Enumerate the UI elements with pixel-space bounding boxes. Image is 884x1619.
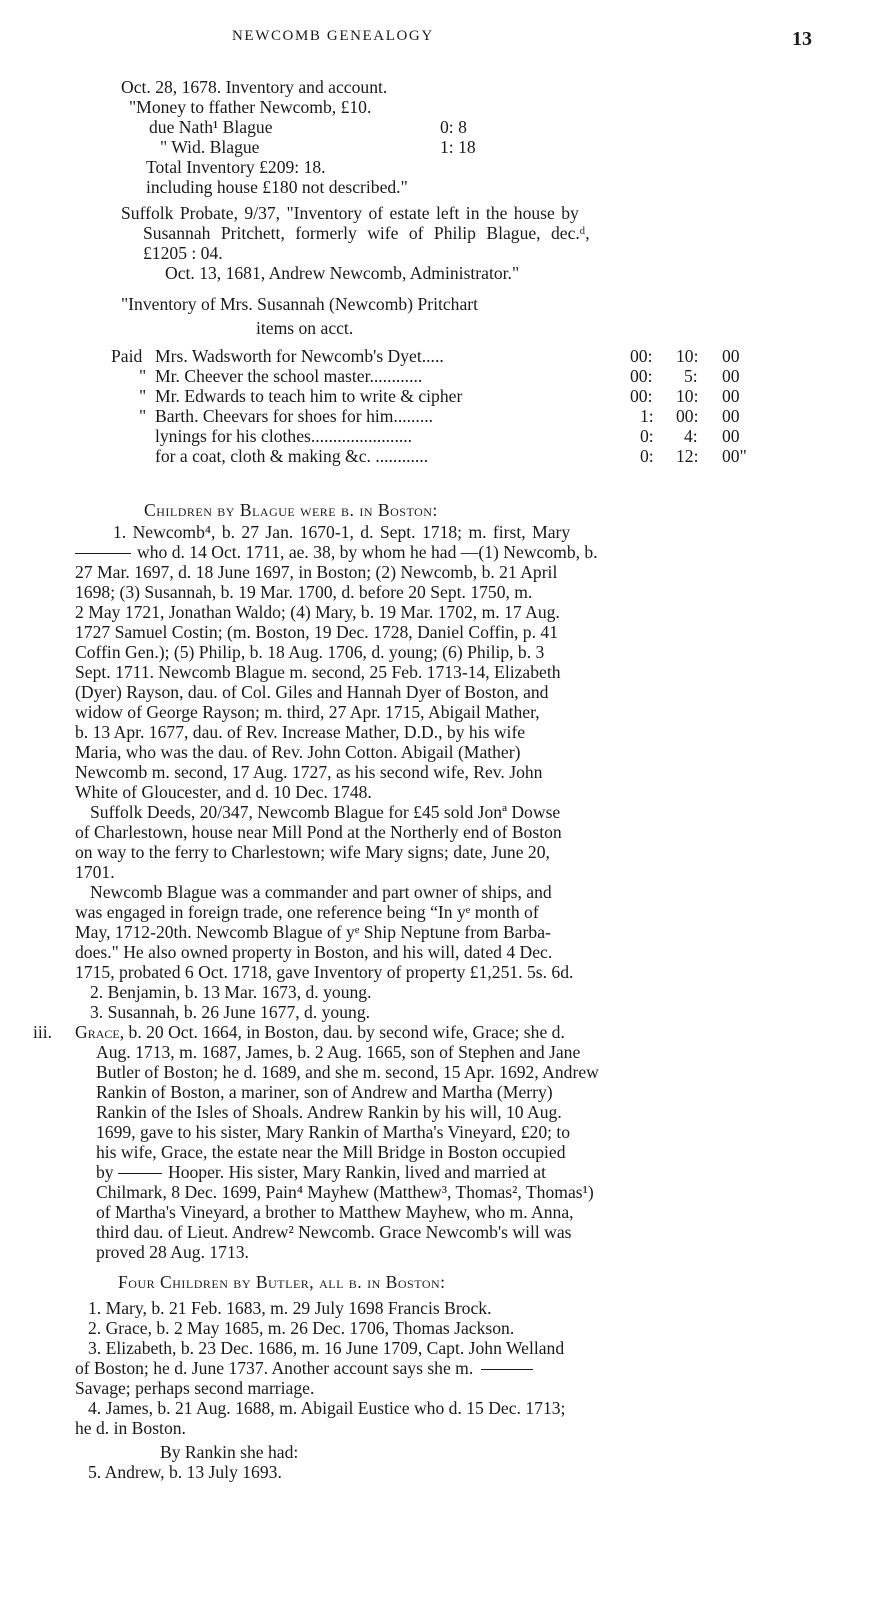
- deeds-line: Suffolk Deeds, 20/347, Newcomb Blague fo…: [90, 802, 560, 822]
- child-entry-text: who d. 14 Oct. 1711, ae. 38, by whom he …: [137, 542, 598, 562]
- inventory-1678-line: "Money to ffather Newcomb, £10.: [129, 97, 371, 117]
- grace-numeral: iii.: [33, 1022, 52, 1042]
- grace-line: Butler of Boston; he d. 1689, and she m.…: [96, 1062, 599, 1082]
- grace-name: Grace: [75, 1022, 120, 1042]
- child-entry-line: Sept. 1711. Newcomb Blague m. second, 25…: [75, 662, 561, 682]
- child-entry-line: 1727 Samuel Costin; (m. Boston, 19 Dec. …: [75, 622, 558, 642]
- child-entry-line: who d. 14 Oct. 1711, ae. 38, by whom he …: [75, 542, 598, 562]
- child-entry-line: 2. Benjamin, b. 13 Mar. 1673, d. young.: [90, 982, 371, 1002]
- inventory-row-shillings: 10:: [676, 346, 698, 366]
- inventory-row-prefix: ": [139, 366, 146, 386]
- inventory-row-pounds: 00:: [630, 366, 652, 386]
- deeds-line: of Charlestown, house near Mill Pond at …: [75, 822, 562, 842]
- child-entry-line: widow of George Rayson; m. third, 27 Apr…: [75, 702, 540, 722]
- inventory-row-item: for a coat, cloth & making &c. .........…: [155, 446, 428, 466]
- inventory-row-shillings: 00:: [676, 406, 698, 426]
- inventory-row-shillings: 10:: [676, 386, 698, 406]
- running-title: NEWCOMB GENEALOGY: [232, 28, 434, 45]
- child-entry-line: Savage; perhaps second marriage.: [75, 1378, 314, 1398]
- child-entry-line: he d. in Boston.: [75, 1418, 186, 1438]
- inventory-row-item: Barth. Cheevars for shoes for him.......…: [155, 406, 433, 426]
- inventory-row-item: Mr. Cheever the school master...........…: [155, 366, 422, 386]
- inventory-1678-line: including house £180 not described.": [146, 177, 408, 197]
- blank-name-dash: [118, 1173, 162, 1174]
- inventory-row-pounds: 0:: [640, 446, 654, 466]
- inventory-row-prefix: Paid: [111, 346, 142, 366]
- inventory-row-pounds: 00:: [630, 346, 652, 366]
- inventory-row-pence: 00: [722, 386, 740, 406]
- section-heading: Four Children by Butler, all b. in Bosto…: [118, 1272, 446, 1292]
- section-heading: Children by Blague were b. in Boston:: [144, 500, 438, 520]
- child-entry-line: Coffin Gen.); (5) Philip, b. 18 Aug. 170…: [75, 642, 544, 662]
- child-entry-line: 5. Andrew, b. 13 July 1693.: [88, 1462, 282, 1482]
- page-header: NEWCOMB GENEALOGY 13: [0, 28, 884, 52]
- inventory-row-pence: 00": [722, 446, 747, 466]
- grace-line: 1699, gave to his sister, Mary Rankin of…: [96, 1122, 570, 1142]
- grace-line: Aug. 1713, m. 1687, James, b. 2 Aug. 166…: [96, 1042, 580, 1062]
- grace-line: Grace, b. 20 Oct. 1664, in Boston, dau. …: [75, 1022, 565, 1042]
- inventory-1678-line: Oct. 28, 1678. Inventory and account.: [121, 77, 387, 97]
- child-entry-line: 1698; (3) Susannah, b. 19 Mar. 1700, d. …: [75, 582, 532, 602]
- inventory-row-prefix: ": [139, 386, 146, 406]
- probate-line: £1205 : 04.: [143, 243, 223, 263]
- grace-line: Rankin of the Isles of Shoals. Andrew Ra…: [96, 1102, 562, 1122]
- grace-line: Chilmark, 8 Dec. 1699, Pain⁴ Mayhew (Mat…: [96, 1182, 594, 1202]
- inventory-row-item: Mrs. Wadsworth for Newcomb's Dyet.....: [155, 346, 444, 366]
- inventory-row-shillings: 5:: [684, 366, 698, 386]
- rankin-heading: By Rankin she had:: [160, 1442, 298, 1462]
- child-entry-line: White of Gloucester, and d. 10 Dec. 1748…: [75, 782, 372, 802]
- grace-line: his wife, Grace, the estate near the Mil…: [96, 1142, 566, 1162]
- child-entry-line: 3. Elizabeth, b. 23 Dec. 1686, m. 16 Jun…: [88, 1338, 564, 1358]
- page-number: 13: [792, 28, 812, 51]
- grace-text: , b. 20 Oct. 1664, in Boston, dau. by se…: [120, 1022, 565, 1042]
- inventory-row-pence: 00: [722, 406, 740, 426]
- inventory-1678-row-label: due Nath¹ Blague: [149, 117, 273, 137]
- narrative-line: 1715, probated 6 Oct. 1718, gave Invento…: [75, 962, 573, 982]
- inventory-row-pence: 00: [722, 366, 740, 386]
- child-entry-line: Maria, who was the dau. of Rev. John Cot…: [75, 742, 520, 762]
- child-entry-line: 27 Mar. 1697, d. 18 June 1697, in Boston…: [75, 562, 557, 582]
- inventory-title: "Inventory of Mrs. Susannah (Newcomb) Pr…: [121, 294, 478, 314]
- inventory-row-pounds: 0:: [640, 426, 654, 446]
- child-entry-line: 1. Mary, b. 21 Feb. 1683, m. 29 July 169…: [88, 1298, 492, 1318]
- child-entry-line: 1. Newcomb⁴, b. 27 Jan. 1670-1, d. Sept.…: [113, 522, 570, 542]
- child-entry-line: 4. James, b. 21 Aug. 1688, m. Abigail Eu…: [88, 1398, 565, 1418]
- deeds-line: on way to the ferry to Charlestown; wife…: [75, 842, 550, 862]
- child-entry-line: (Dyer) Rayson, dau. of Col. Giles and Ha…: [75, 682, 548, 702]
- child-entry-line: 2 May 1721, Jonathan Waldo; (4) Mary, b.…: [75, 602, 560, 622]
- probate-line: Oct. 13, 1681, Andrew Newcomb, Administr…: [165, 263, 519, 283]
- inventory-row-item: Mr. Edwards to teach him to write & ciph…: [155, 386, 462, 406]
- narrative-line: does." He also owned property in Boston,…: [75, 942, 552, 962]
- blank-name-dash: [75, 553, 131, 554]
- grace-text: Hooper. His sister, Mary Rankin, lived a…: [168, 1162, 546, 1182]
- inventory-row-item: lynings for his clothes.................…: [155, 426, 412, 446]
- inventory-row-prefix: ": [139, 406, 146, 426]
- narrative-line: May, 1712-20th. Newcomb Blague of yᵉ Shi…: [75, 922, 551, 942]
- inventory-1678-row-amount: 0: 8: [440, 117, 467, 137]
- grace-by: by: [96, 1162, 114, 1182]
- probate-line: Susannah Pritchett, formerly wife of Phi…: [143, 223, 590, 243]
- inventory-1678-row-label: " Wid. Blague: [160, 137, 259, 157]
- child-entry-text: of Boston; he d. June 1737. Another acco…: [75, 1358, 473, 1378]
- inventory-row-shillings: 4:: [684, 426, 698, 446]
- child-entry-line: b. 13 Apr. 1677, dau. of Rev. Increase M…: [75, 722, 525, 742]
- inventory-subtitle: items on acct.: [256, 318, 353, 338]
- inventory-row-pounds: 1:: [640, 406, 654, 426]
- child-entry-line: of Boston; he d. June 1737. Another acco…: [75, 1358, 533, 1378]
- narrative-line: was engaged in foreign trade, one refere…: [75, 902, 539, 922]
- grace-line: of Martha's Vineyard, a brother to Matth…: [96, 1202, 574, 1222]
- inventory-row-pence: 00: [722, 346, 740, 366]
- blank-name-dash: [481, 1369, 533, 1370]
- grace-line: Rankin of Boston, a mariner, son of Andr…: [96, 1082, 553, 1102]
- grace-line: third dau. of Lieut. Andrew² Newcomb. Gr…: [96, 1222, 572, 1242]
- inventory-1678-line: Total Inventory £209: 18.: [146, 157, 326, 177]
- inventory-row-shillings: 12:: [676, 446, 698, 466]
- child-entry-line: 3. Susannah, b. 26 June 1677, d. young.: [90, 1002, 370, 1022]
- child-entry-line: 2. Grace, b. 2 May 1685, m. 26 Dec. 1706…: [88, 1318, 514, 1338]
- inventory-row-pence: 00: [722, 426, 740, 446]
- probate-line: Suffolk Probate, 9/37, "Inventory of est…: [121, 203, 579, 223]
- grace-line: proved 28 Aug. 1713.: [96, 1242, 249, 1262]
- narrative-line: Newcomb Blague was a commander and part …: [90, 882, 552, 902]
- deeds-line: 1701.: [75, 862, 115, 882]
- child-entry-line: Newcomb m. second, 17 Aug. 1727, as his …: [75, 762, 542, 782]
- document-page: NEWCOMB GENEALOGY 13 Oct. 28, 1678. Inve…: [0, 0, 884, 1619]
- inventory-row-pounds: 00:: [630, 386, 652, 406]
- grace-line: by Hooper. His sister, Mary Rankin, live…: [96, 1162, 546, 1182]
- inventory-1678-row-amount: 1: 18: [440, 137, 476, 157]
